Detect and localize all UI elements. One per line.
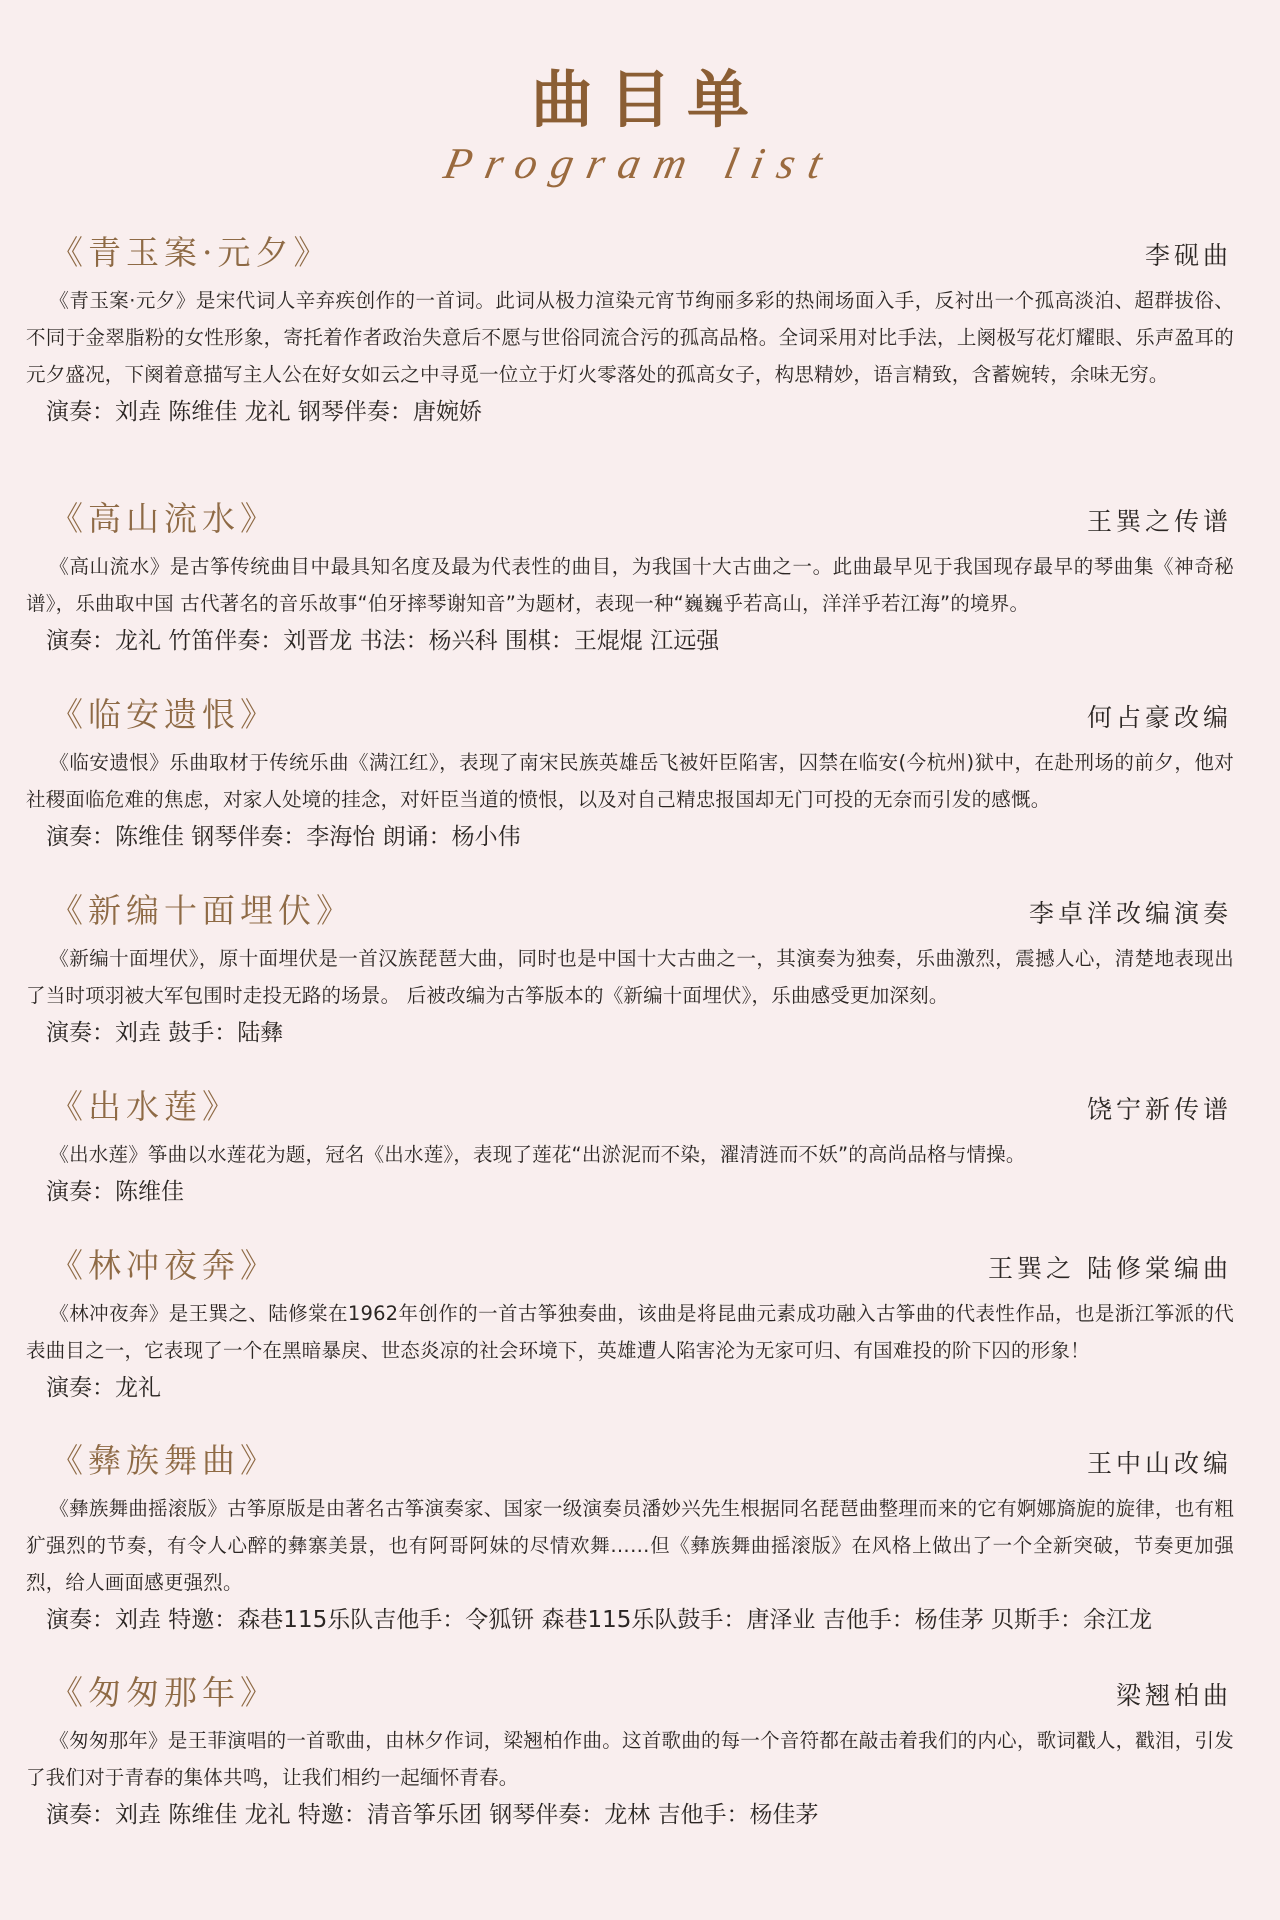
program-composer: 梁翘柏曲 xyxy=(1116,1676,1232,1716)
program-composer: 李砚曲 xyxy=(1145,236,1232,276)
program-credits: 演奏：刘垚 陈维佳 龙礼 特邀：清音筝乐团 钢琴伴奏：龙林 吉他手：杨佳茅 xyxy=(46,1796,1280,1834)
program-title: 《临安遗恨》 xyxy=(50,692,278,738)
program-description: 《高山流水》是古筝传统曲目中最具知名度及最为代表性的曲目，为我国十大古曲之一。此… xyxy=(26,548,1234,622)
program-item: 《临安遗恨》 何占豪改编 《临安遗恨》乐曲取材于传统乐曲《满江红》，表现了南宋民… xyxy=(0,692,1280,856)
page-header: 曲目单 Program list xyxy=(0,62,1280,190)
program-title: 《彝族舞曲》 xyxy=(50,1438,278,1484)
program-item: 《高山流水》 王巽之传谱 《高山流水》是古筝传统曲目中最具知名度及最为代表性的曲… xyxy=(0,496,1280,660)
program-composer: 李卓洋改编演奏 xyxy=(1029,894,1232,934)
program-title: 《高山流水》 xyxy=(50,496,278,542)
program-title: 《匆匆那年》 xyxy=(50,1670,278,1716)
program-item: 《匆匆那年》 梁翘柏曲 《匆匆那年》是王菲演唱的一首歌曲，由林夕作词，梁翘柏作曲… xyxy=(0,1670,1280,1834)
program-title: 《青玉案·元夕》 xyxy=(50,230,332,276)
program-item: 《彝族舞曲》 王中山改编 《彝族舞曲摇滚版》古筝原版是由著名古筝演奏家、国家一级… xyxy=(0,1438,1280,1639)
program-description: 《匆匆那年》是王菲演唱的一首歌曲，由林夕作词，梁翘柏作曲。这首歌曲的每一个音符都… xyxy=(26,1722,1234,1796)
program-description: 《彝族舞曲摇滚版》古筝原版是由著名古筝演奏家、国家一级演奏员潘妙兴先生根据同名琵… xyxy=(26,1490,1234,1601)
program-description: 《青玉案·元夕》是宋代词人辛弃疾创作的一首词。此词从极力渲染元宵节绚丽多彩的热闹… xyxy=(26,282,1234,393)
program-title: 《林冲夜奔》 xyxy=(50,1243,278,1289)
program-description: 《出水莲》筝曲以水莲花为题，冠名《出水莲》，表现了莲花“出淤泥而不染，濯清涟而不… xyxy=(26,1136,1234,1173)
program-item: 《新编十面埋伏》 李卓洋改编演奏 《新编十面埋伏》，原十面埋伏是一首汉族琵琶大曲… xyxy=(0,888,1280,1052)
program-item: 《林冲夜奔》 王巽之 陆修棠编曲 《林冲夜奔》是王巽之、陆修棠在1962年创作的… xyxy=(0,1243,1280,1407)
page-subtitle: Program list xyxy=(0,138,1280,190)
program-title: 《出水莲》 xyxy=(50,1084,240,1130)
program-composer: 王中山改编 xyxy=(1087,1444,1232,1484)
page-title: 曲目单 xyxy=(515,62,765,138)
program-credits: 演奏：刘垚 鼓手：陆彝 xyxy=(46,1014,1280,1052)
program-credits: 演奏：龙礼 xyxy=(46,1369,1280,1407)
program-credits: 演奏：刘垚 特邀：森巷115乐队吉他手：令狐钘 森巷115乐队鼓手：唐泽业 吉他… xyxy=(46,1601,1280,1639)
program-composer: 王巽之 陆修棠编曲 xyxy=(988,1249,1232,1289)
program-composer: 何占豪改编 xyxy=(1087,698,1232,738)
program-description: 《新编十面埋伏》，原十面埋伏是一首汉族琵琶大曲，同时也是中国十大古曲之一，其演奏… xyxy=(26,940,1234,1014)
program-composer: 饶宁新传谱 xyxy=(1087,1090,1232,1130)
program-description: 《临安遗恨》乐曲取材于传统乐曲《满江红》，表现了南宋民族英雄岳飞被奸臣陷害，囚禁… xyxy=(26,744,1234,818)
program-item: 《青玉案·元夕》 李砚曲 《青玉案·元夕》是宋代词人辛弃疾创作的一首词。此词从极… xyxy=(0,230,1280,431)
program-credits: 演奏：陈维佳 xyxy=(46,1173,1280,1211)
program-credits: 演奏：龙礼 竹笛伴奏：刘晋龙 书法：杨兴科 围棋：王焜焜 江远强 xyxy=(46,622,1280,660)
program-credits: 演奏：刘垚 陈维佳 龙礼 钢琴伴奏：唐婉娇 xyxy=(46,393,1280,431)
program-composer: 王巽之传谱 xyxy=(1087,502,1232,542)
program-credits: 演奏：陈维佳 钢琴伴奏：李海怡 朗诵：杨小伟 xyxy=(46,818,1280,856)
program-item: 《出水莲》 饶宁新传谱 《出水莲》筝曲以水莲花为题，冠名《出水莲》，表现了莲花“… xyxy=(0,1084,1280,1211)
program-description: 《林冲夜奔》是王巽之、陆修棠在1962年创作的一首古筝独奏曲，该曲是将昆曲元素成… xyxy=(26,1295,1234,1369)
program-title: 《新编十面埋伏》 xyxy=(50,888,354,934)
